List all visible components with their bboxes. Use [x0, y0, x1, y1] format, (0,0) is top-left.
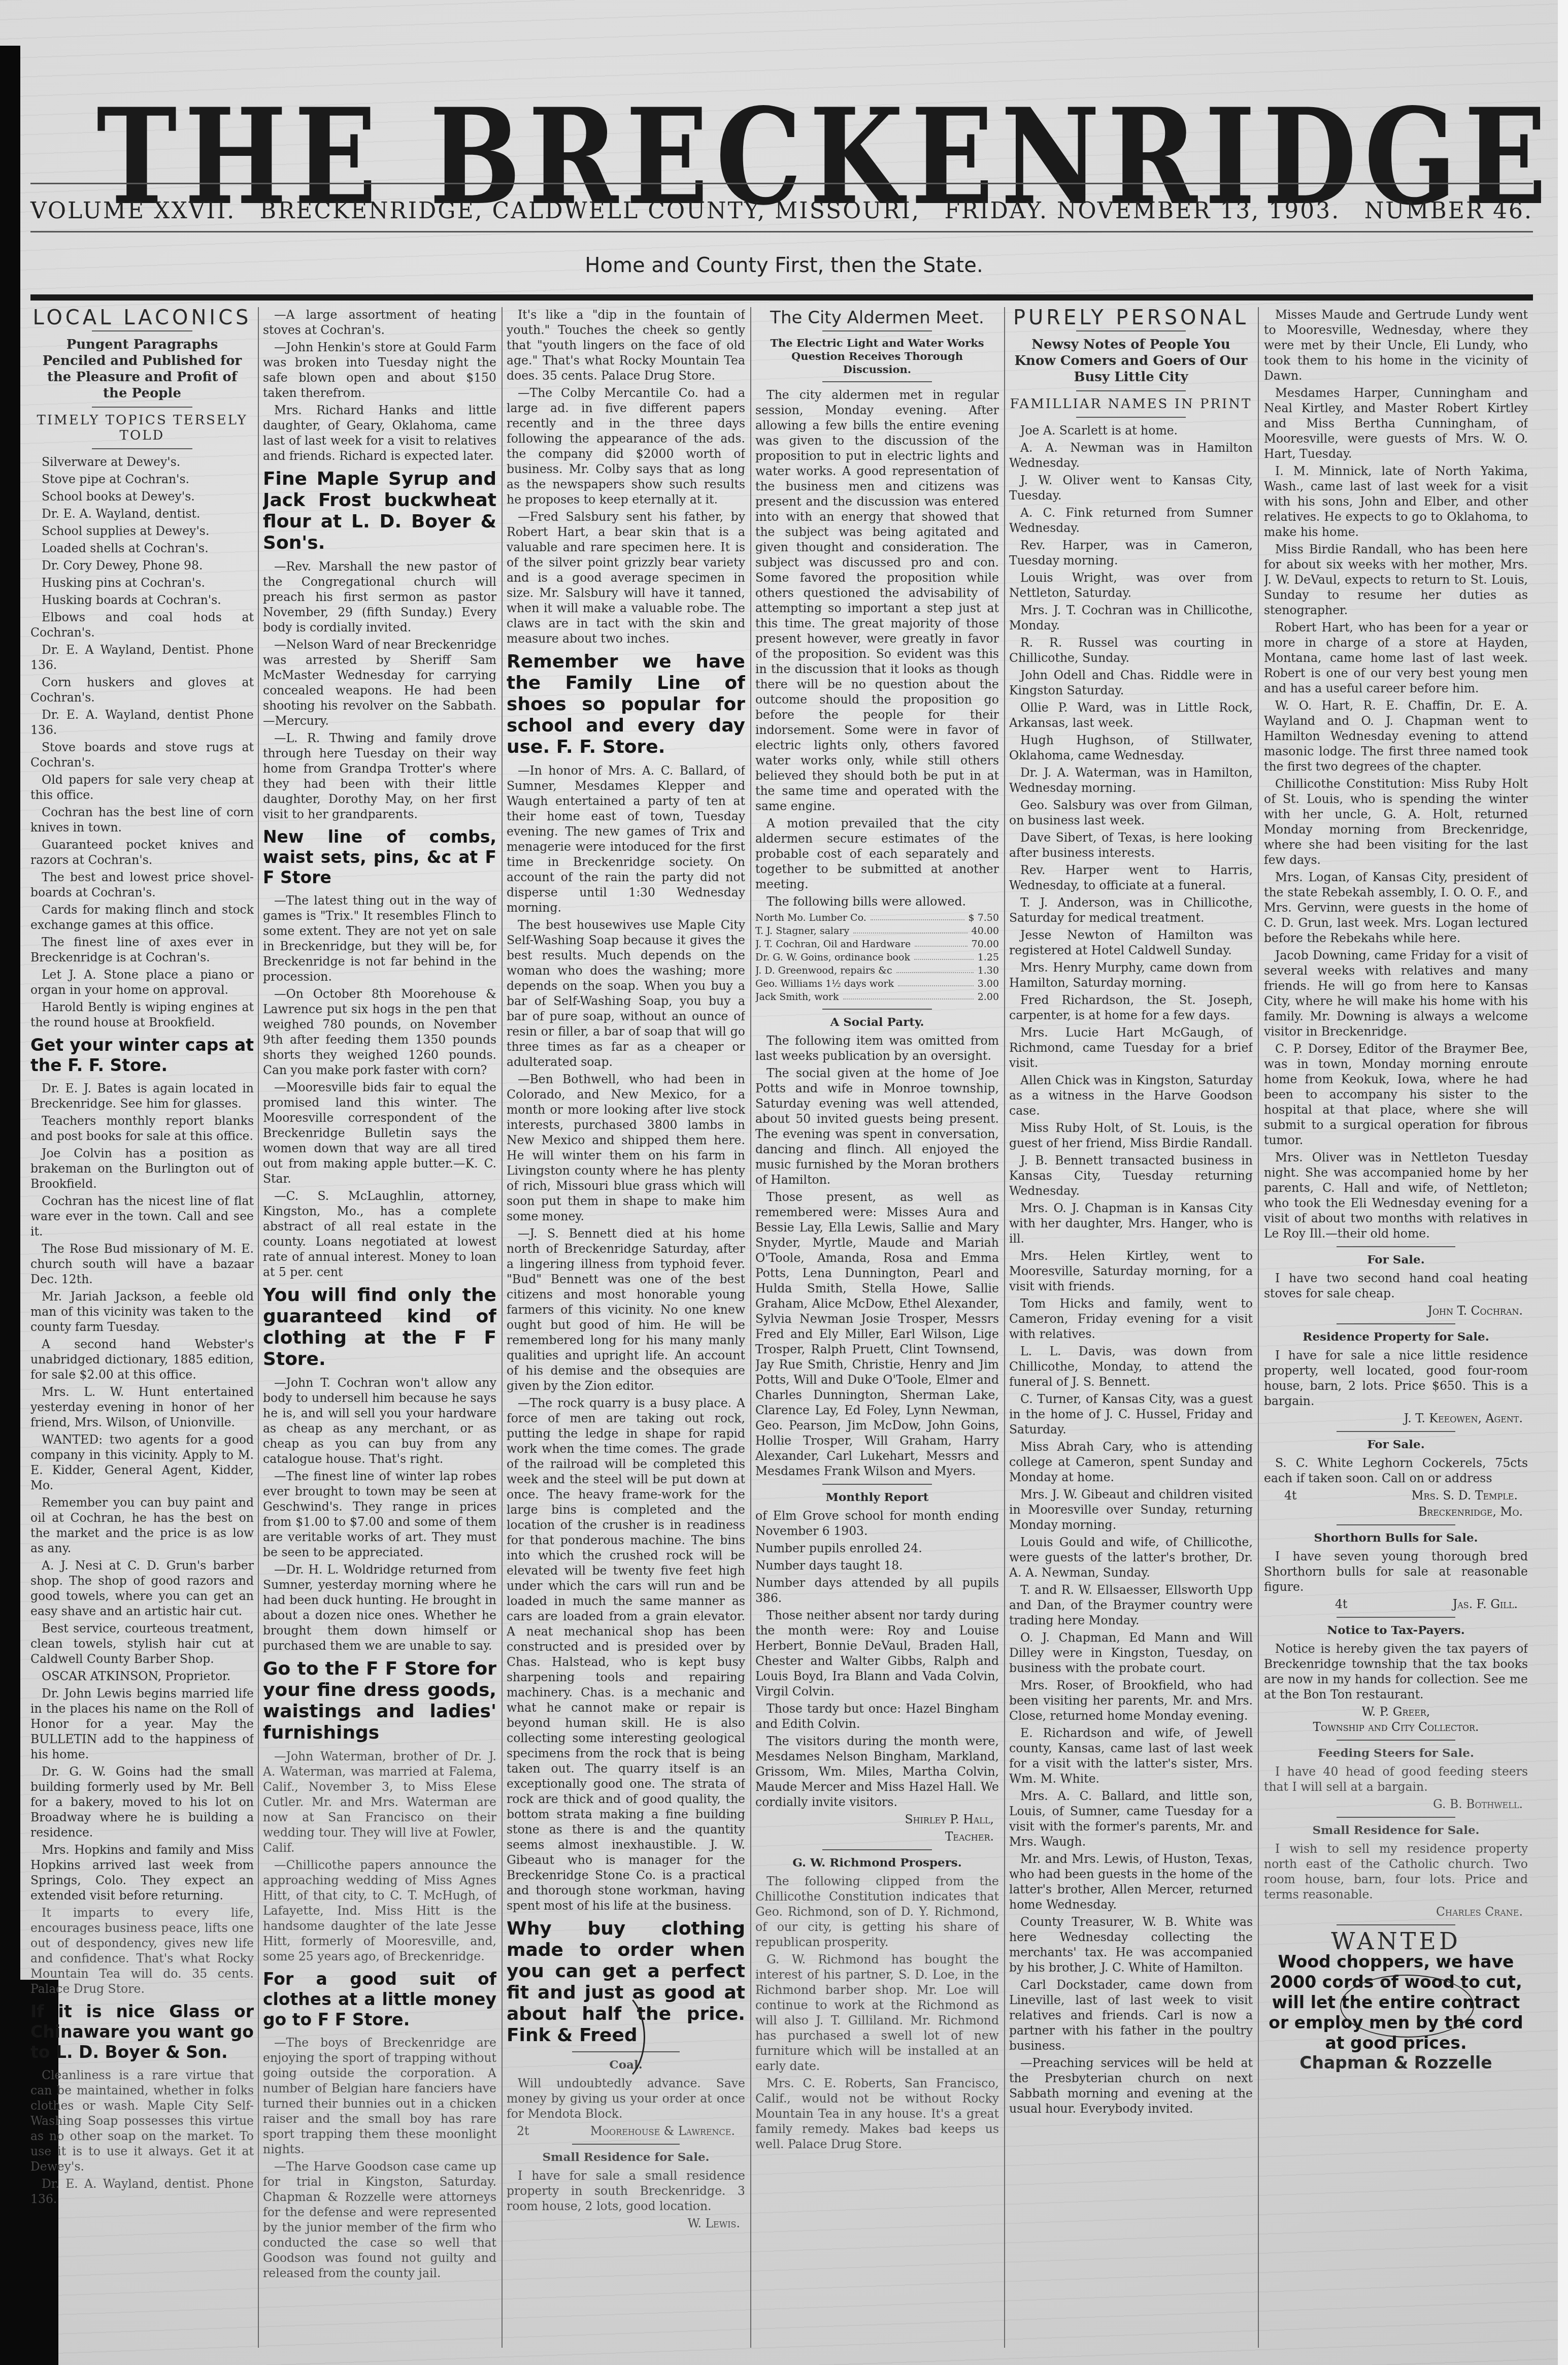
paragraph: of Elm Grove school for month ending Nov… [755, 1508, 999, 1539]
paragraph: —On October 8th Moorehouse & Lawrence pu… [263, 986, 496, 1078]
paragraph: It's like a "dip in the fountain of yout… [507, 307, 745, 383]
paragraph: —Rev. Marshall the new pastor of the Con… [263, 559, 496, 635]
paragraph: W. O. Hart, R. E. Chaffin, Dr. E. A. Way… [1264, 698, 1528, 774]
paragraph: It imparts to every life, encourages bus… [30, 1905, 254, 1996]
paragraph: Carl Dockstader, came down from Linevill… [1009, 1977, 1253, 2053]
dot-leader [871, 911, 964, 920]
steers-heading: Feeding Steers for Sale. [1264, 1746, 1528, 1761]
paragraph: Mrs. Lucie Hart McGaugh, of Richmond, ca… [1009, 1025, 1253, 1071]
tax-notice-heading: Notice to Tax-Payers. [1264, 1623, 1528, 1638]
news-items: —A large assortment of heating stoves at… [263, 307, 496, 463]
dot-leader [896, 964, 974, 973]
laconics-list-4: Cleanliness is a rare virtue that can be… [30, 2068, 254, 2207]
report-signature: Shirley P. Hall, [755, 1812, 994, 1827]
paragraph: Loaded shells at Cochran's. [30, 541, 254, 556]
rule [1337, 1924, 1455, 1925]
paragraph: Mrs. Richard Hanks and little daughter, … [263, 403, 496, 463]
bill-row: Dr. G. W. Goins, ordinance book1.25 [755, 951, 999, 964]
column-aldermen: The City Aldermen Meet. The Electric Lig… [755, 307, 999, 2348]
ad-shoes: Remember we have the Family Line of shoe… [507, 651, 745, 758]
paragraph: C. Turner, of Kansas City, was a guest i… [1009, 1391, 1253, 1437]
paragraph: Dave Sibert, of Texas, is here looking a… [1009, 830, 1253, 860]
paragraph: I. M. Minnick, late of North Yakima, Was… [1264, 463, 1528, 540]
dateline: VOLUME XXVII. BRECKENRIDGE, CALDWELL COU… [30, 198, 1533, 224]
paragraph: —Ben Bothwell, who had been in Colorado,… [507, 1072, 745, 1224]
report-heading: Monthly Report [755, 1490, 999, 1505]
paragraph: The social given at the home of Joe Pott… [755, 1065, 999, 1187]
news-items-5: —John Waterman, brother of Dr. J. A. Wat… [263, 1749, 496, 1964]
paragraph: Mrs. J. W. Gibeaut and children visited … [1009, 1487, 1253, 1533]
small-residence-heading: Small Residence for Sale. [1264, 1823, 1528, 1838]
rule [1076, 390, 1186, 391]
paragraph: A second hand Webster's unabridged dicti… [30, 1337, 254, 1382]
paragraph: The finest line of axes ever in Breckenr… [30, 935, 254, 965]
paragraph: O. J. Chapman, Ed Mann and Will Dilley w… [1009, 1630, 1253, 1676]
dot-leader [898, 977, 974, 986]
paragraph: —John Henkin's store at Gould Farm was b… [263, 340, 496, 401]
rule [1337, 1817, 1455, 1818]
ad-winter-caps: Get your winter caps at the F. F. Store. [30, 1035, 254, 1076]
paragraph: Harold Bently is wiping engines at the r… [30, 1000, 254, 1030]
ad-combs: New line of combs, waist sets, pins, &c … [263, 827, 496, 888]
rule [1337, 1617, 1455, 1618]
paragraph: Mrs. L. W. Hunt entertained yesterday ev… [30, 1384, 254, 1430]
cockerels-body: S. C. White Leghorn Cockerels, 75cts eac… [1264, 1455, 1528, 1486]
article-headline: The City Aldermen Meet. [755, 310, 999, 325]
paragraph: Number days attended by all pupils 386. [755, 1575, 999, 1606]
rule [822, 330, 932, 331]
bill-payee: North Mo. Lumber Co. [755, 911, 866, 924]
rule [1337, 1323, 1455, 1324]
residence-signature: J. T. Keeowen, Agent. [1264, 1411, 1523, 1426]
paragraph: —C. S. McLaughlin, attorney, Kingston, M… [263, 1188, 496, 1280]
paragraph: Mrs. O. J. Chapman is in Kansas City wit… [1009, 1201, 1253, 1246]
paragraph: Number pupils enrolled 24. [755, 1541, 999, 1556]
rule [92, 407, 192, 408]
bill-payee: J. T. Cochran, Oil and Hardware [755, 938, 911, 951]
paragraph: Hugh Hughson, of Stillwater, Oklahoma, c… [1009, 732, 1253, 763]
paragraph: —Fred Salsbury sent his father, by Rober… [507, 509, 745, 646]
small-residence-signature: Charles Crane. [1264, 1904, 1523, 1919]
paragraph: Mr. and Mrs. Lewis, of Huston, Texas, wh… [1009, 1851, 1253, 1912]
dot-leader [843, 990, 974, 1000]
paragraph: The best housewives use Maple City Self-… [507, 917, 745, 1070]
paragraph: Mrs. J. T. Cochran was in Chillicothe, M… [1009, 603, 1253, 633]
insertion-count: 4t [1284, 1488, 1296, 1503]
section-heading: LOCAL LACONICS [30, 310, 254, 325]
paragraph: Miss Ruby Holt, of St. Louis, is the gue… [1009, 1120, 1253, 1151]
paragraph: A. A. Newman was in Hamilton Wednesday. [1009, 440, 1253, 471]
rule [822, 1484, 932, 1485]
rule [1337, 1524, 1455, 1525]
paragraph: Teachers monthly report blanks and post … [30, 1113, 254, 1144]
column-6: Misses Maude and Gertrude Lundy went to … [1264, 307, 1528, 2348]
article-body: The city aldermen met in regular session… [755, 387, 999, 909]
motto: Home and County First, then the State. [0, 254, 1568, 277]
paragraph: J. W. Oliver went to Kansas City, Tuesda… [1009, 473, 1253, 503]
rule [92, 330, 192, 331]
paragraph: —John T. Cochran won't allow any body to… [263, 1375, 496, 1467]
paragraph: Dr. E. A Wayland, Dentist. Phone 136. [30, 642, 254, 673]
paragraph: —The rock quarry is a busy place. A forc… [507, 1395, 745, 1913]
section-subheading: Pungent Paragraphs Penciled and Publishe… [36, 337, 249, 402]
column-rule [1004, 307, 1005, 2348]
insertion-count: 2t [517, 2123, 529, 2139]
section-kicker: FAMILLIAR NAMES IN PRINT [1009, 396, 1253, 412]
paragraph: The visitors during the month were, Mesd… [755, 1734, 999, 1810]
paragraph: —Mooresville bids fair to equal the prom… [263, 1080, 496, 1186]
paragraph: Robert Hart, who has been for a year or … [1264, 620, 1528, 696]
coal-signature-row: 2t Moorehouse & Lawrence. [507, 2123, 745, 2139]
paragraph: Cochran has the best line of corn knives… [30, 805, 254, 835]
richmond-heading: G. W. Richmond Prospers. [755, 1855, 999, 1871]
bill-payee: J. D. Greenwood, repairs &c [755, 964, 892, 977]
rule [1076, 417, 1186, 418]
dot-leader [853, 924, 967, 934]
section-kicker: TIMELY TOPICS TERSELY TOLD [30, 413, 254, 443]
coal-signature: Moorehouse & Lawrence. [590, 2123, 735, 2139]
social-heading: A Social Party. [755, 1015, 999, 1030]
rule [1337, 1740, 1455, 1741]
tax-notice-body: Notice is hereby given the tax payers of… [1264, 1641, 1528, 1702]
paragraph: —J. S. Bennett died at his home north of… [507, 1226, 745, 1393]
paragraph: —The finest line of winter lap robes eve… [263, 1469, 496, 1560]
paragraph: Chillicothe Constitution: Miss Ruby Holt… [1264, 776, 1528, 868]
bill-payee: Jack Smith, work [755, 990, 839, 1004]
bill-amount: 1.25 [978, 951, 999, 964]
bills-table: North Mo. Lumber Co.$ 7.50T. J. Stagner,… [755, 911, 999, 1004]
issue-date: FRIDAY. NOVEMBER 13, 1903. [944, 198, 1340, 224]
binding-edge [0, 46, 20, 2365]
rule [572, 2144, 680, 2145]
paragraph: Elbows and coal hods at Cochran's. [30, 610, 254, 640]
column-rule [750, 307, 751, 2348]
paragraph: G. W. Richmond has bought the interest o… [755, 1952, 999, 2074]
paragraph: Joe Colvin has a position as brakeman on… [30, 1146, 254, 1191]
paragraph: Dr. E. J. Bates is again located in Brec… [30, 1081, 254, 1111]
tax-notice-signature: W. P. Greer, [1264, 1704, 1528, 1719]
paragraph: Corn huskers and gloves at Cochran's. [30, 675, 254, 705]
paragraph: Miss Birdie Randall, who has been here f… [1264, 542, 1528, 618]
report-lines: of Elm Grove school for month ending Nov… [755, 1508, 999, 1606]
bill-row: T. J. Stagner, salary40.00 [755, 924, 999, 938]
report-signature-title: Teacher. [755, 1829, 994, 1844]
personal-items: Joe A. Scarlett is at home.A. A. Newman … [1009, 423, 1253, 2116]
paragraph: —The boys of Breckenridge are enjoying t… [263, 2035, 496, 2157]
article-subheadline: The Electric Light and Water Works Quest… [760, 337, 994, 376]
ad-fink-freed: Why buy clothing made to order when you … [507, 1918, 745, 2046]
cockerels-heading: For Sale. [1264, 1437, 1528, 1452]
small-residence-body: I have for sale a small residence proper… [507, 2168, 745, 2214]
small-residence-heading: Small Residence for Sale. [507, 2150, 745, 2165]
news-items-2: —In honor of Mrs. A. C. Ballard, of Sumn… [507, 763, 745, 1913]
paragraph: Dr. E. A. Wayland, dentist. [30, 506, 254, 521]
paragraph: T. J. Anderson, was in Chillicothe, Satu… [1009, 895, 1253, 925]
column-rule [258, 307, 259, 2348]
tax-notice-signature-title: Township and City Collector. [1264, 1719, 1528, 1735]
rule [572, 2051, 680, 2052]
paragraph: WANTED: two agents for a good company in… [30, 1432, 254, 1493]
ad-glassware: If it is nice Glass or Chinaware you wan… [30, 2002, 254, 2062]
paragraph: —Nelson Ward of near Breckenridge was ar… [263, 637, 496, 728]
paragraph: The following clipped from the Chillicot… [755, 1874, 999, 1950]
laconics-list: Silverware at Dewey's.Stove pipe at Coch… [30, 454, 254, 1030]
paragraph: Louis Gould and wife, of Chillicothe, we… [1009, 1535, 1253, 1580]
paragraph: Mrs. Oliver was in Nettleton Tuesday nig… [1264, 1150, 1528, 1241]
rule [1076, 330, 1186, 331]
volume: VOLUME XXVII. [30, 198, 236, 224]
bill-amount: 3.00 [978, 977, 999, 990]
paragraph: Dr. E. A. Wayland, dentist. Phone 136. [30, 2176, 254, 2207]
paragraph: Mrs. Logan, of Kansas City, president of… [1264, 870, 1528, 946]
paragraph: Misses Maude and Gertrude Lundy went to … [1264, 307, 1528, 383]
paragraph: —The Colby Mercantile Co. had a large ad… [507, 385, 745, 507]
paragraph: School books at Dewey's. [30, 489, 254, 504]
newspaper-page: THE BRECKENRIDGE BULLETIN. VOLUME XXVII.… [0, 0, 1568, 2365]
paragraph: Miss Abrah Cary, who is attending colleg… [1009, 1439, 1253, 1485]
paragraph: —John Waterman, brother of Dr. J. A. Wat… [263, 1749, 496, 1855]
paragraph: A. C. Fink returned from Sumner Wednesda… [1009, 505, 1253, 536]
wanted-heading: WANTED [1264, 1934, 1528, 1949]
cockerels-location: Breckenridge, Mo. [1264, 1504, 1523, 1519]
column-purely-personal: PURELY PERSONAL Newsy Notes of People Yo… [1009, 307, 1253, 2348]
news-items-2: —Rev. Marshall the new pastor of the Con… [263, 559, 496, 822]
steers-signature: G. B. Bothwell. [1264, 1796, 1523, 1812]
ad-dress-goods: Go to the F F Store for your fine dress … [263, 1658, 496, 1744]
paragraph: Number days taught 18. [755, 1558, 999, 1573]
for-sale-signature: John T. Cochran. [1264, 1303, 1523, 1318]
paragraph: Cards for making flinch and stock exchan… [30, 902, 254, 932]
paragraph: C. P. Dorsey, Editor of the Braymer Bee,… [1264, 1041, 1528, 1148]
news-items-3: —The latest thing out in the way of game… [263, 893, 496, 1280]
bulls-signature-row: 4t Jas. F. Gill. [1264, 1596, 1528, 1612]
paragraph: Fred Richardson, the St. Joseph, carpent… [1009, 992, 1253, 1023]
paragraph: County Treasurer, W. B. White was here W… [1009, 1914, 1253, 1975]
paragraph: Joe A. Scarlett is at home. [1009, 423, 1253, 438]
insertion-count: 4t [1335, 1596, 1347, 1612]
issue-number: NUMBER 46. [1364, 198, 1533, 224]
paragraph: Best service, courteous treatment, clean… [30, 1621, 254, 1667]
news-items-4: —John T. Cochran won't allow any body to… [263, 1375, 496, 1653]
steers-body: I have 40 head of good feeding steers th… [1264, 1764, 1528, 1794]
laconics-list-3: It imparts to every life, encourages bus… [30, 1905, 254, 1996]
paragraph: Rev. Harper went to Harris, Wednesday, t… [1009, 862, 1253, 893]
bill-amount: 1.30 [978, 964, 999, 977]
paragraph: Old papers for sale very cheap at this o… [30, 772, 254, 803]
paragraph: Mrs. Hopkins and family and Miss Hopkins… [30, 1842, 254, 1903]
paragraph: Remember you can buy paint and oil at Co… [30, 1495, 254, 1556]
paragraph: —The latest thing out in the way of game… [263, 893, 496, 984]
page-margin [1558, 0, 1568, 2365]
paragraph: Mrs. C. E. Roberts, San Francisco, Calif… [755, 2076, 999, 2152]
place: BRECKENRIDGE, CALDWELL COUNTY, MISSOURI, [260, 198, 920, 224]
paragraph: Let J. A. Stone place a piano or organ i… [30, 967, 254, 997]
paragraph: —A large assortment of heating stoves at… [263, 307, 496, 338]
bill-row: Jack Smith, work2.00 [755, 990, 999, 1004]
paragraph: —The Harve Goodson case came up for tria… [263, 2159, 496, 2281]
rule [30, 231, 1533, 232]
paragraph: Husking boards at Cochran's. [30, 592, 254, 608]
residence-body: I have for sale a nice little residence … [1264, 1348, 1528, 1409]
paragraph: Dr. Cory Dewey, Phone 98. [30, 558, 254, 573]
rule [92, 448, 192, 449]
ad-suit: For a good suit of clothes at a little m… [263, 1969, 496, 2030]
ad-clothing: You will find only the guaranteed kind o… [263, 1285, 496, 1370]
paragraph: Louis Wright, was over from Nettleton, S… [1009, 570, 1253, 601]
paragraph: E. Richardson and wife, of Jewell county… [1009, 1725, 1253, 1786]
paragraph: Those tardy but once: Hazel Bingham and … [755, 1701, 999, 1731]
wanted-signature: Chapman & Rozzelle [1264, 2055, 1528, 2071]
rule [30, 183, 1533, 184]
paragraph: T. and R. W. Ellsaesser, Ellsworth Upp a… [1009, 1582, 1253, 1628]
column-3: It's like a "dip in the fountain of yout… [507, 307, 745, 2348]
paragraph: Mrs. Henry Murphy, came down from Hamilt… [1009, 960, 1253, 990]
dot-leader [915, 938, 967, 947]
rule [822, 381, 932, 382]
paragraph: Silverware at Dewey's. [30, 454, 254, 470]
paragraph: Jacob Downing, came Friday for a visit o… [1264, 948, 1528, 1039]
bill-amount: 2.00 [978, 990, 999, 1004]
news-items: It's like a "dip in the fountain of yout… [507, 307, 745, 646]
paragraph: The Rose Bud missionary of M. E. church … [30, 1241, 254, 1287]
small-residence-signature: W. Lewis. [507, 2216, 740, 2231]
paragraph: Dr. J. A. Waterman, was in Hamilton, Wed… [1009, 765, 1253, 795]
paragraph: Mrs. Roser, of Brookfield, who had been … [1009, 1678, 1253, 1723]
bill-row: North Mo. Lumber Co.$ 7.50 [755, 911, 999, 924]
bill-payee: Dr. G. W. Goins, ordinance book [755, 951, 910, 964]
paragraph: —Dr. H. L. Woldridge returned from Sumne… [263, 1562, 496, 1653]
rule [822, 1009, 932, 1010]
dot-leader [914, 951, 974, 960]
paragraph: Mrs. Helen Kirtley, went to Mooresville,… [1009, 1248, 1253, 1294]
paragraph: The following bills were allowed. [755, 894, 999, 909]
heavy-rule [30, 294, 1533, 301]
for-sale-body: I have two second hand coal heating stov… [1264, 1271, 1528, 1301]
paragraph: Stove pipe at Cochran's. [30, 472, 254, 487]
paragraph: Rev. Harper, was in Cameron, Tuesday mor… [1009, 538, 1253, 568]
bill-row: J. T. Cochran, Oil and Hardware70.00 [755, 938, 999, 951]
report-body: Those neither absent nor tardy during th… [755, 1608, 999, 1810]
bill-payee: T. J. Stagner, salary [755, 924, 849, 938]
paragraph: Tom Hicks and family, went to Cameron, F… [1009, 1296, 1253, 1342]
column-local-laconics: LOCAL LACONICS Pungent Paragraphs Pencil… [30, 307, 254, 2348]
paragraph: Cochran has the nicest line of flat ware… [30, 1193, 254, 1239]
paragraph: Stove boards and stove rugs at Cochran's… [30, 740, 254, 770]
paragraph: —Chillicothe papers announce the approac… [263, 1857, 496, 1964]
paragraph: L. L. Davis, was down from Chillicothe, … [1009, 1344, 1253, 1389]
bill-amount: 70.00 [972, 938, 999, 951]
paragraph: Those neither absent nor tardy during th… [755, 1608, 999, 1699]
paragraph: —In honor of Mrs. A. C. Ballard, of Sumn… [507, 763, 745, 915]
cockerels-signature: Mrs. S. D. Temple. [1412, 1488, 1518, 1503]
paragraph: Ollie P. Ward, was in Little Rock, Arkan… [1009, 700, 1253, 730]
bill-amount: 40.00 [972, 924, 999, 938]
paragraph: Mesdames Harper, Cunningham and Neal Kir… [1264, 385, 1528, 461]
ad-maple-syrup: Fine Maple Syrup and Jack Frost buckwhea… [263, 469, 496, 554]
section-subheading: Newsy Notes of People You Know Comers an… [1014, 337, 1248, 385]
paragraph: Cleanliness is a rare virtue that can be… [30, 2068, 254, 2174]
paragraph: J. B. Bennett transacted business in Kan… [1009, 1153, 1253, 1198]
section-heading: PURELY PERSONAL [1009, 310, 1253, 325]
paragraph: Guaranteed pocket knives and razors at C… [30, 837, 254, 868]
wanted-body: Wood choppers, we have 2000 cords of woo… [1264, 1952, 1528, 2053]
paragraph: A. J. Nesi at C. D. Grun's barber shop. … [30, 1558, 254, 1619]
paragraph: R. R. Russel was courting in Chillicothe… [1009, 635, 1253, 665]
coal-body: Will undoubtedly advance. Save money by … [507, 2076, 745, 2121]
paragraph: John Odell and Chas. Riddle were in King… [1009, 668, 1253, 698]
paragraph: A motion prevailed that the city alderme… [755, 816, 999, 892]
paragraph: Dr. John Lewis begins married life in th… [30, 1686, 254, 1762]
bill-payee: Geo. Williams 1½ days work [755, 977, 894, 990]
paragraph: Allen Chick was in Kingston, Saturday as… [1009, 1073, 1253, 1118]
paragraph: Geo. Salsbury was over from Gilman, on b… [1009, 797, 1253, 828]
paragraph: Dr. G. W. Goins had the small building f… [30, 1764, 254, 1840]
rule [1337, 1246, 1455, 1247]
paragraph: —Preaching services will be held at the … [1009, 2055, 1253, 2116]
paragraph: School supplies at Dewey's. [30, 523, 254, 539]
cockerels-signature-row: 4t Mrs. S. D. Temple. [1264, 1488, 1528, 1503]
bulls-signature: Jas. F. Gill. [1453, 1596, 1518, 1612]
bill-row: J. D. Greenwood, repairs &c1.30 [755, 964, 999, 977]
paragraph: The city aldermen met in regular session… [755, 387, 999, 814]
column-rule [1258, 307, 1259, 2348]
column-rule [502, 307, 503, 2348]
bill-row: Geo. Williams 1½ days work3.00 [755, 977, 999, 990]
richmond-body: The following clipped from the Chillicot… [755, 1874, 999, 2152]
paragraph: Jesse Newton of Hamilton was registered … [1009, 927, 1253, 958]
paragraph: Those present, as well as remembered wer… [755, 1189, 999, 1479]
for-sale-heading: For Sale. [1264, 1252, 1528, 1268]
paragraph: Mrs. A. C. Ballard, and little son, Loui… [1009, 1788, 1253, 1849]
residence-heading: Residence Property for Sale. [1264, 1329, 1528, 1345]
rule [822, 1849, 932, 1850]
small-residence-body: I wish to sell my residence property nor… [1264, 1841, 1528, 1902]
laconics-list-2: Dr. E. J. Bates is again located in Brec… [30, 1081, 254, 1903]
column-2: —A large assortment of heating stoves at… [263, 307, 496, 2348]
paragraph: OSCAR ATKINSON, Proprietor. [30, 1669, 254, 1684]
social-body: The following item was omitted from last… [755, 1033, 999, 1479]
paragraph: The following item was omitted from last… [755, 1033, 999, 1063]
bill-amount: $ 7.50 [969, 911, 999, 924]
news-items-6: —The boys of Breckenridge are enjoying t… [263, 2035, 496, 2281]
paragraph: Husking pins at Cochran's. [30, 575, 254, 590]
paragraph: The best and lowest price shovel-boards … [30, 870, 254, 900]
bulls-body: I have seven young thorough bred Shortho… [1264, 1549, 1528, 1594]
rule [1337, 1431, 1455, 1432]
paragraph: —L. R. Thwing and family drove through h… [263, 730, 496, 822]
paragraph: Dr. E. A. Wayland, dentist Phone 136. [30, 707, 254, 738]
bulls-heading: Shorthorn Bulls for Sale. [1264, 1530, 1528, 1546]
paragraph: Mr. Jariah Jackson, a feeble old man of … [30, 1289, 254, 1335]
personal-items-continued: Misses Maude and Gertrude Lundy went to … [1264, 307, 1528, 1241]
coal-heading: Coal. [507, 2057, 745, 2073]
